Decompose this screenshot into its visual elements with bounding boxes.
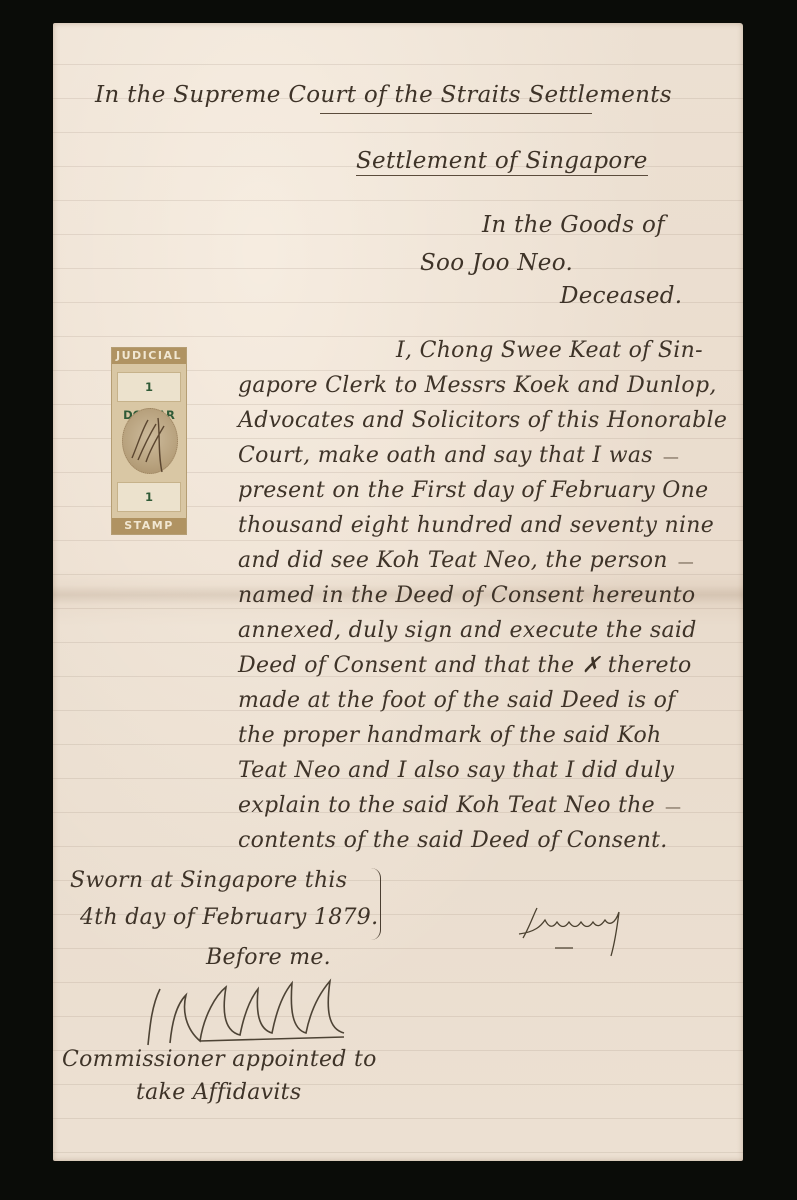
body-line: contents of the said Deed of Consent. — [238, 828, 668, 853]
jurat-line-3: Before me. — [206, 945, 331, 970]
body-line-text: explain to the said Koh Teat Neo the — [238, 793, 655, 818]
deceased-name: Soo Joo Neo. — [420, 250, 573, 276]
body-line-text: and did see Koh Teat Neo, the person — [238, 548, 668, 573]
body-line: I, Chong Swee Keat of Sin- — [396, 338, 703, 363]
body-line: the proper handmark of the said Koh — [238, 723, 662, 748]
court-heading: In the Supreme Court of the Straits Sett… — [95, 82, 672, 108]
stamp-top-label: JUDICIAL — [112, 348, 186, 364]
matter-line-1: In the Goods of — [482, 212, 665, 238]
court-heading-text: In the Supreme Court of the Straits Sett… — [95, 82, 672, 108]
body-line: thousand eight hundred and seventy nine — [238, 513, 714, 538]
body-line: explain to the said Koh Teat Neo the— — [238, 793, 681, 818]
body-line: Deed of Consent and that the ✗ thereto — [238, 653, 692, 678]
stamp-value-top: 1 DOLLAR — [117, 372, 181, 402]
body-line: gapore Clerk to Messrs Koek and Dunlop, — [238, 373, 717, 398]
matter-line-3: Deceased. — [560, 283, 682, 309]
settlement-heading: Settlement of Singapore — [356, 148, 648, 176]
deponent-signature-icon — [515, 898, 635, 958]
commissioner-title-line-1: Commissioner appointed to — [62, 1047, 377, 1072]
body-line: made at the foot of the said Deed is of — [238, 688, 676, 713]
commissioner-signature-icon — [130, 975, 370, 1050]
jurat-line-1: Sworn at Singapore this — [70, 868, 347, 893]
body-line: annexed, duly sign and execute the said — [238, 618, 697, 643]
line-filler-dash: — — [663, 447, 679, 466]
jurat-brace — [366, 868, 381, 940]
deponent-signature: Sweekeat — [515, 898, 635, 962]
body-line: Teat Neo and I also say that I did duly — [238, 758, 674, 783]
stamp-bottom-label: STAMP — [112, 518, 186, 534]
body-line-text: Court, make oath and say that I was — [238, 443, 653, 468]
body-line: and did see Koh Teat Neo, the person— — [238, 548, 694, 573]
court-underline — [320, 112, 592, 114]
body-line: present on the First day of February One — [238, 478, 708, 503]
jurat-line-2: 4th day of February 1879. — [80, 905, 378, 930]
judicial-stamp: JUDICIAL 1 DOLLAR 1 DOLLAR STAMP — [111, 347, 187, 535]
commissioner-signature: J.C. Mitchell — [130, 975, 370, 1054]
body-line: named in the Deed of Consent hereunto — [238, 583, 695, 608]
body-line: Advocates and Solicitors of this Honorab… — [238, 408, 727, 433]
stamp-value-bottom: 1 DOLLAR — [117, 482, 181, 512]
line-filler-dash: — — [678, 552, 694, 571]
stamp-cancellation-mark-icon — [128, 414, 172, 474]
line-filler-dash: — — [665, 797, 681, 816]
body-line: Court, make oath and say that I was— — [238, 443, 679, 468]
commissioner-title-line-2: take Affidavits — [136, 1080, 301, 1105]
